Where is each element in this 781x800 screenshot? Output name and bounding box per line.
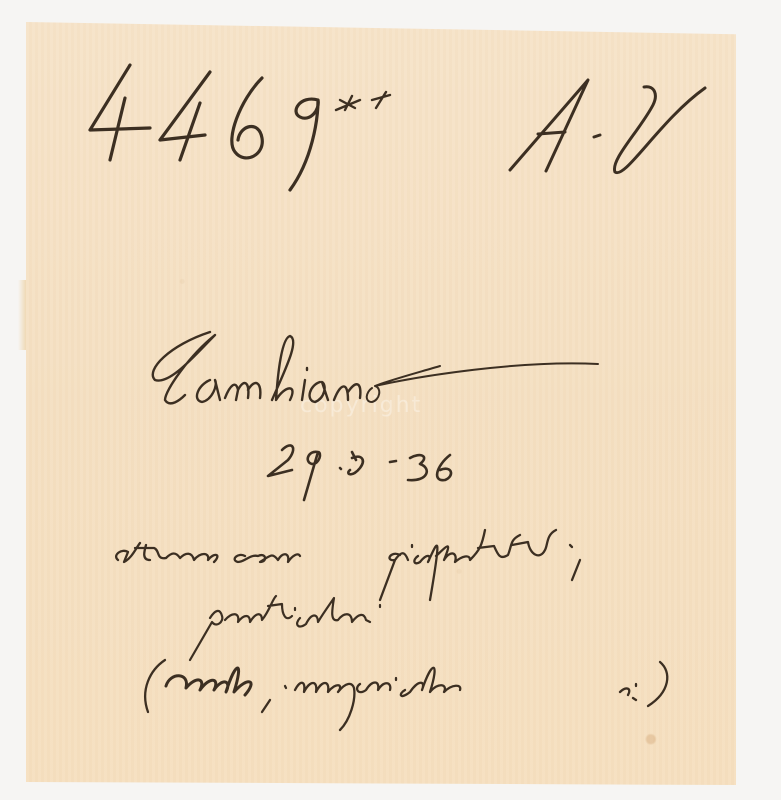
initials-ink bbox=[510, 80, 705, 173]
line3-ink bbox=[145, 660, 667, 730]
date-ink bbox=[268, 445, 451, 500]
line1-ink bbox=[116, 530, 580, 600]
catalog-number-ink bbox=[90, 65, 390, 190]
handwriting bbox=[0, 0, 781, 800]
place-ink bbox=[153, 332, 598, 403]
line2-ink bbox=[190, 596, 380, 660]
